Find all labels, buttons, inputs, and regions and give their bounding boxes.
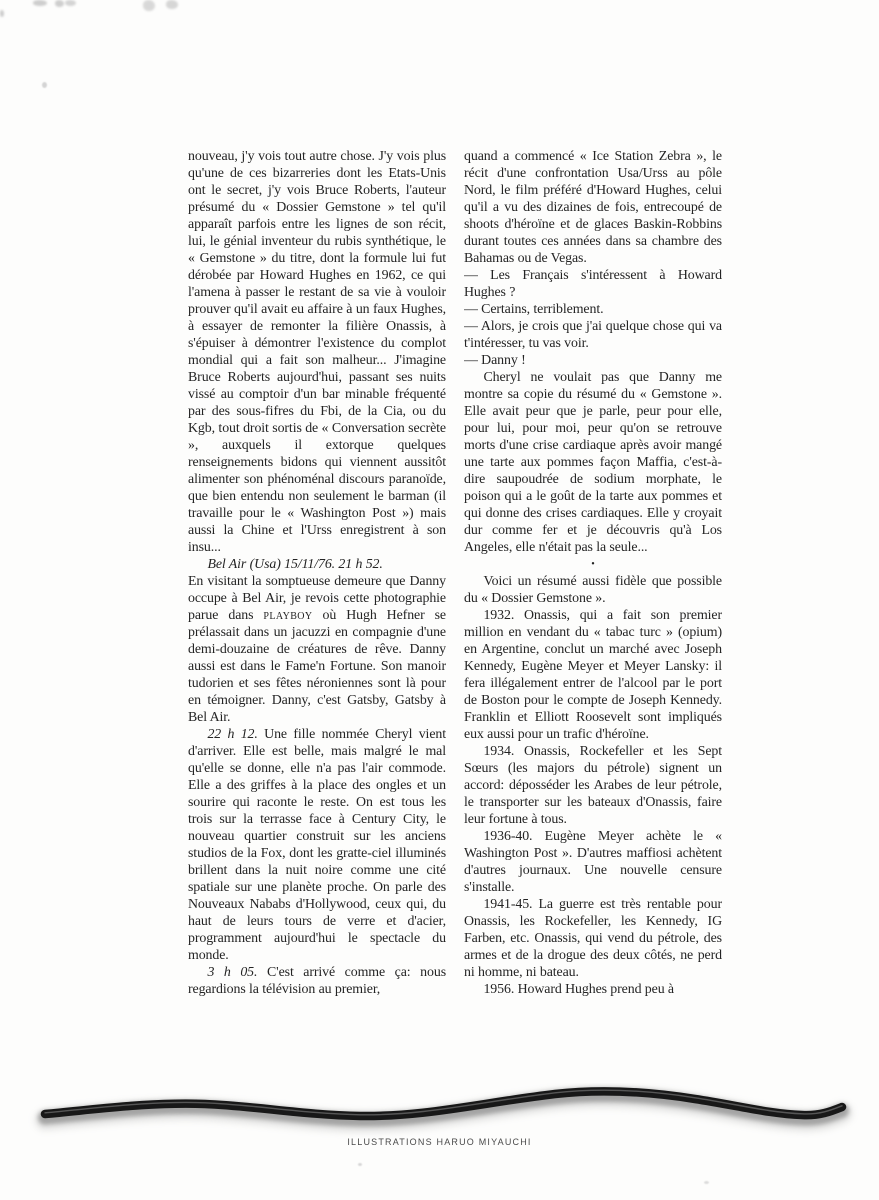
- text-run: où Hugh Hefner se prélassait dans un jac…: [188, 608, 446, 725]
- paragraph: nouveau, j'y vois tout autre chose. J'y …: [188, 148, 446, 556]
- dialogue-paragraph: — Les Français s'intéressent à Howard Hu…: [464, 267, 722, 301]
- text-run: nouveau, j'y vois tout autre chose. J'y …: [188, 149, 446, 555]
- text-run: 3 h 05.: [207, 965, 257, 980]
- text-column-left: nouveau, j'y vois tout autre chose. J'y …: [188, 148, 446, 1088]
- text-run: quand a commencé « Ice Station Zebra », …: [464, 149, 722, 266]
- paragraph: 3 h 05. C'est arrivé comme ça: nous rega…: [188, 964, 446, 998]
- paragraph: 22 h 12. Une fille nommée Cheryl vient d…: [188, 726, 446, 964]
- paragraph: 1936-40. Eugène Meyer achète le « Washin…: [464, 828, 722, 896]
- magazine-page: nouveau, j'y vois tout autre chose. J'y …: [0, 0, 879, 1200]
- dust-speck: [42, 82, 47, 88]
- text-run: — Alors, je crois que j'ai quelque chose…: [464, 319, 722, 351]
- paragraph: 1956. Howard Hughes prend peu à: [464, 981, 722, 998]
- dialogue-paragraph: — Alors, je crois que j'ai quelque chose…: [464, 318, 722, 352]
- text-run: 22 h 12.: [207, 727, 257, 742]
- text-run: playboy: [263, 608, 312, 623]
- text-run: •: [591, 559, 595, 570]
- text-run: Cheryl ne voulait pas que Danny me montr…: [464, 370, 722, 555]
- text-run: 1956. Howard Hughes prend peu à: [483, 982, 674, 997]
- text-run: — Certains, terriblement.: [464, 302, 603, 317]
- text-run: 1934. Onassis, Rockefeller et les Sept S…: [464, 744, 722, 827]
- paragraph: Bel Air (Usa) 15/11/76. 21 h 52.: [188, 556, 446, 573]
- ink-smudge: [55, 0, 64, 7]
- ink-smudge: [143, 0, 155, 11]
- text-run: 1936-40. Eugène Meyer achète le « Washin…: [464, 829, 722, 895]
- text-run: — Les Français s'intéressent à Howard Hu…: [464, 268, 722, 300]
- text-run: — Danny !: [464, 353, 526, 368]
- text-column-right: quand a commencé « Ice Station Zebra », …: [464, 148, 722, 1088]
- text-run: Bel Air (Usa) 15/11/76. 21 h 52.: [207, 557, 382, 572]
- ink-smudge: [65, 0, 76, 6]
- text-run: 1941-45. La guerre est très rentable pou…: [464, 897, 722, 980]
- paragraph: 1934. Onassis, Rockefeller et les Sept S…: [464, 743, 722, 828]
- ink-smudge: [166, 0, 178, 9]
- section-separator: •: [464, 556, 722, 573]
- dialogue-paragraph: — Danny !: [464, 352, 722, 369]
- dust-speck: [358, 1163, 362, 1166]
- paragraph: Voici un résumé aussi fidèle que possibl…: [464, 573, 722, 607]
- dialogue-paragraph: — Certains, terriblement.: [464, 301, 722, 318]
- paragraph: quand a commencé « Ice Station Zebra », …: [464, 148, 722, 267]
- paragraph: 1932. Onassis, qui a fait son premier mi…: [464, 607, 722, 743]
- paragraph: 1941-45. La guerre est très rentable pou…: [464, 896, 722, 981]
- ink-smudge: [0, 10, 4, 17]
- paragraph: En visitant la somptueuse demeure que Da…: [188, 573, 446, 726]
- ink-smudge: [33, 0, 47, 6]
- paragraph: Cheryl ne voulait pas que Danny me montr…: [464, 369, 722, 556]
- illustrations-credit: ILLUSTRATIONS HARUO MIYAUCHI: [0, 1137, 879, 1147]
- text-run: 1932. Onassis, qui a fait son premier mi…: [464, 608, 722, 742]
- text-run: Voici un résumé aussi fidèle que possibl…: [464, 574, 722, 606]
- text-run: Une fille nommée Cheryl vient d'arriver.…: [188, 727, 446, 963]
- article-text: nouveau, j'y vois tout autre chose. J'y …: [188, 148, 722, 1088]
- dust-speck: [704, 1181, 709, 1184]
